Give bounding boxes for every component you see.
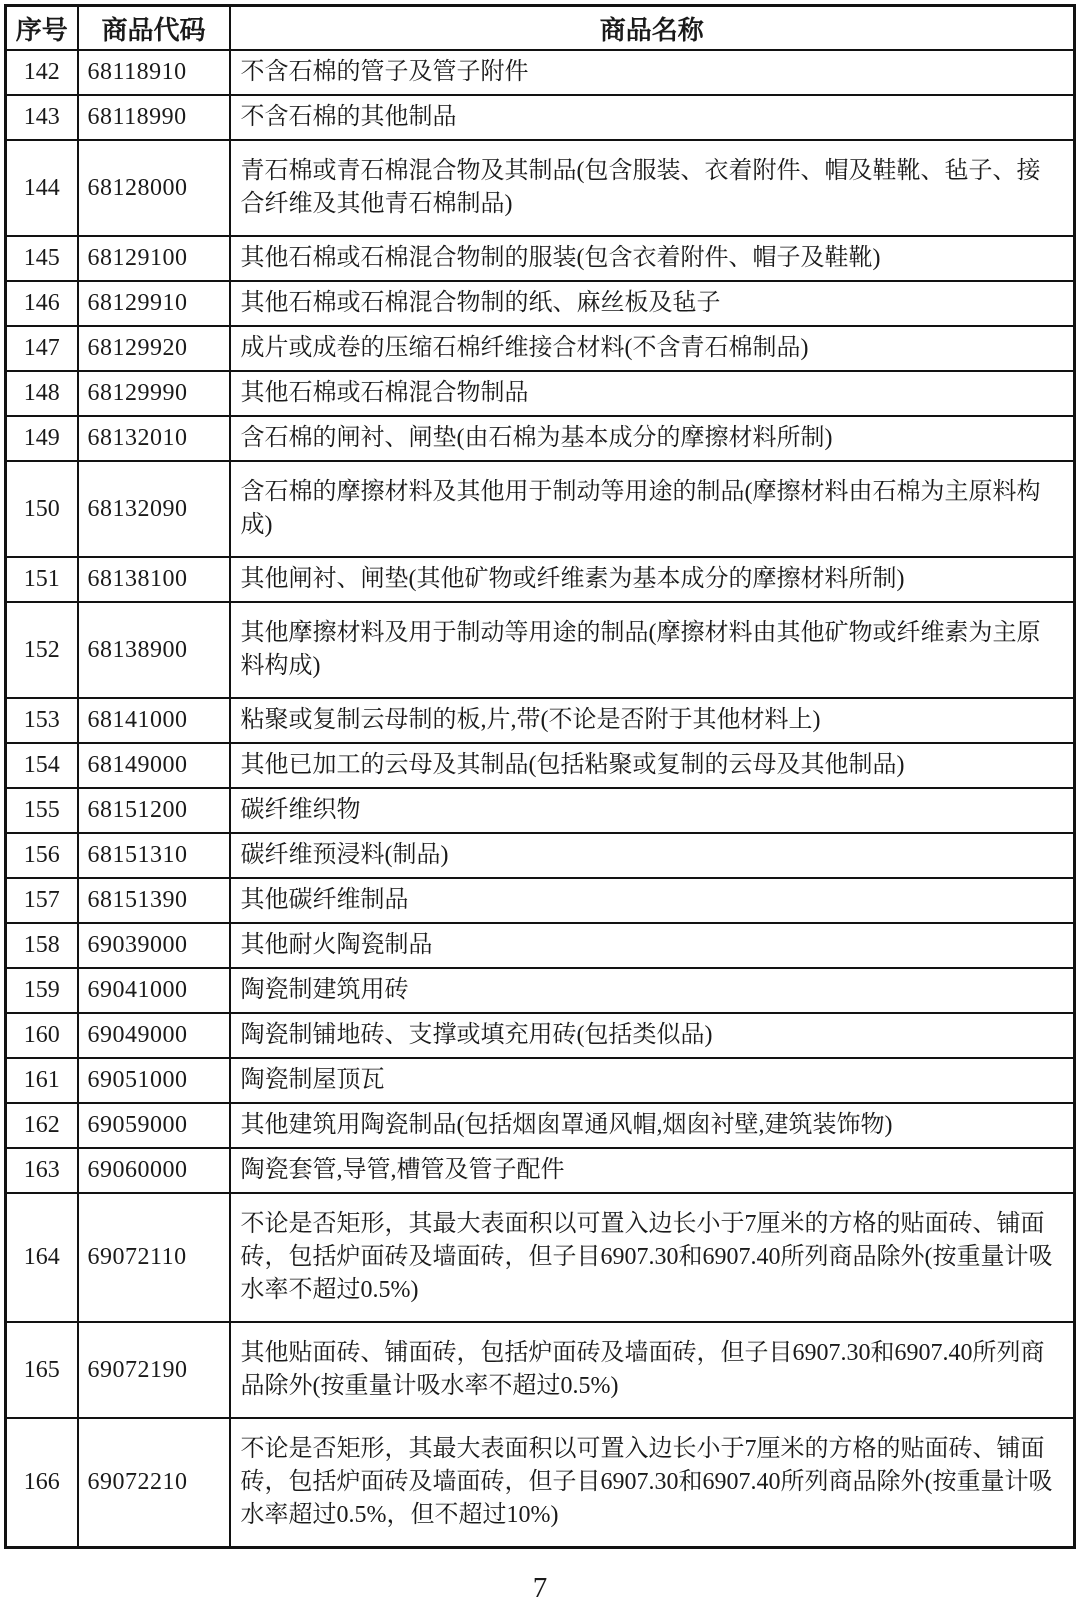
row-commodity-code: 68129910: [78, 281, 230, 326]
table-row: 143 68118990 不含石棉的其他制品: [6, 95, 1075, 140]
row-commodity-code: 68138900: [78, 602, 230, 698]
table-row: 148 68129990 其他石棉或石棉混合物制品: [6, 371, 1075, 416]
row-serial-number: 142: [6, 50, 78, 95]
row-commodity-code: 69049000: [78, 1013, 230, 1058]
row-serial-number: 166: [6, 1418, 78, 1548]
row-commodity-code: 68151200: [78, 788, 230, 833]
col-header-commodity-name: 商品名称: [230, 6, 1075, 51]
table-row: 165 69072190 其他贴面砖、铺面砖，包括炉面砖及墙面砖，但子目6907…: [6, 1322, 1075, 1418]
row-commodity-name: 其他已加工的云母及其制品(包括粘聚或复制的云母及其他制品): [230, 743, 1075, 788]
col-header-serial-number: 序号: [6, 6, 78, 51]
row-commodity-code: 68151390: [78, 878, 230, 923]
row-serial-number: 145: [6, 236, 78, 281]
table-body: 142 68118910 不含石棉的管子及管子附件 143 68118990 不…: [6, 50, 1075, 1548]
page-number: 7: [0, 1572, 1080, 1605]
table-row: 159 69041000 陶瓷制建筑用砖: [6, 968, 1075, 1013]
row-commodity-name: 陶瓷制铺地砖、支撑或填充用砖(包括类似品): [230, 1013, 1075, 1058]
col-header-commodity-code: 商品代码: [78, 6, 230, 51]
row-serial-number: 152: [6, 602, 78, 698]
row-serial-number: 158: [6, 923, 78, 968]
row-commodity-code: 68151310: [78, 833, 230, 878]
row-commodity-code: 68118910: [78, 50, 230, 95]
row-serial-number: 153: [6, 698, 78, 743]
row-commodity-name: 青石棉或青石棉混合物及其制品(包含服装、衣着附件、帽及鞋靴、毡子、接合纤维及其他…: [230, 140, 1075, 236]
table-row: 149 68132010 含石棉的闸衬、闸垫(由石棉为基本成分的摩擦材料所制): [6, 416, 1075, 461]
row-commodity-name: 不含石棉的管子及管子附件: [230, 50, 1075, 95]
row-serial-number: 162: [6, 1103, 78, 1148]
row-commodity-name: 其他石棉或石棉混合物制的服装(包含衣着附件、帽子及鞋靴): [230, 236, 1075, 281]
row-commodity-name: 其他石棉或石棉混合物制品: [230, 371, 1075, 416]
table-row: 163 69060000 陶瓷套管,导管,槽管及管子配件: [6, 1148, 1075, 1193]
row-commodity-name: 其他闸衬、闸垫(其他矿物或纤维素为基本成分的摩擦材料所制): [230, 557, 1075, 602]
row-commodity-name: 碳纤维预浸料(制品): [230, 833, 1075, 878]
row-commodity-name: 含石棉的闸衬、闸垫(由石棉为基本成分的摩擦材料所制): [230, 416, 1075, 461]
table-row: 152 68138900 其他摩擦材料及用于制动等用途的制品(摩擦材料由其他矿物…: [6, 602, 1075, 698]
row-serial-number: 151: [6, 557, 78, 602]
row-serial-number: 164: [6, 1193, 78, 1322]
table-row: 142 68118910 不含石棉的管子及管子附件: [6, 50, 1075, 95]
row-commodity-name: 成片或成卷的压缩石棉纤维接合材料(不含青石棉制品): [230, 326, 1075, 371]
row-commodity-code: 69072190: [78, 1322, 230, 1418]
row-serial-number: 150: [6, 461, 78, 557]
row-commodity-name: 陶瓷套管,导管,槽管及管子配件: [230, 1148, 1075, 1193]
row-commodity-name: 粘聚或复制云母制的板,片,带(不论是否附于其他材料上): [230, 698, 1075, 743]
row-serial-number: 157: [6, 878, 78, 923]
table-row: 161 69051000 陶瓷制屋顶瓦: [6, 1058, 1075, 1103]
row-commodity-name: 其他碳纤维制品: [230, 878, 1075, 923]
row-commodity-name: 碳纤维织物: [230, 788, 1075, 833]
row-commodity-name: 其他建筑用陶瓷制品(包括烟囱罩通风帽,烟囱衬壁,建筑装饰物): [230, 1103, 1075, 1148]
table-row: 146 68129910 其他石棉或石棉混合物制的纸、麻丝板及毡子: [6, 281, 1075, 326]
row-serial-number: 149: [6, 416, 78, 461]
row-commodity-code: 68149000: [78, 743, 230, 788]
row-commodity-name: 陶瓷制屋顶瓦: [230, 1058, 1075, 1103]
table-row: 166 69072210 不论是否矩形，其最大表面积以可置入边长小于7厘米的方格…: [6, 1418, 1075, 1548]
row-commodity-name: 陶瓷制建筑用砖: [230, 968, 1075, 1013]
row-serial-number: 163: [6, 1148, 78, 1193]
row-commodity-name: 不论是否矩形，其最大表面积以可置入边长小于7厘米的方格的贴面砖、铺面砖，包括炉面…: [230, 1418, 1075, 1548]
row-serial-number: 161: [6, 1058, 78, 1103]
header-row: 序号 商品代码 商品名称: [6, 6, 1075, 51]
row-commodity-code: 68118990: [78, 95, 230, 140]
row-serial-number: 160: [6, 1013, 78, 1058]
row-commodity-name: 其他摩擦材料及用于制动等用途的制品(摩擦材料由其他矿物或纤维素为主原料构成): [230, 602, 1075, 698]
row-serial-number: 156: [6, 833, 78, 878]
row-serial-number: 155: [6, 788, 78, 833]
row-serial-number: 165: [6, 1322, 78, 1418]
row-serial-number: 148: [6, 371, 78, 416]
table-row: 153 68141000 粘聚或复制云母制的板,片,带(不论是否附于其他材料上): [6, 698, 1075, 743]
table-row: 164 69072110 不论是否矩形，其最大表面积以可置入边长小于7厘米的方格…: [6, 1193, 1075, 1322]
commodity-table: 序号 商品代码 商品名称 142 68118910 不含石棉的管子及管子附件 1…: [4, 4, 1076, 1549]
row-commodity-code: 68129920: [78, 326, 230, 371]
table-row: 160 69049000 陶瓷制铺地砖、支撑或填充用砖(包括类似品): [6, 1013, 1075, 1058]
document-page: 序号 商品代码 商品名称 142 68118910 不含石棉的管子及管子附件 1…: [0, 0, 1080, 1623]
row-commodity-name: 其他石棉或石棉混合物制的纸、麻丝板及毡子: [230, 281, 1075, 326]
table-row: 147 68129920 成片或成卷的压缩石棉纤维接合材料(不含青石棉制品): [6, 326, 1075, 371]
table-row: 157 68151390 其他碳纤维制品: [6, 878, 1075, 923]
row-commodity-code: 69041000: [78, 968, 230, 1013]
row-commodity-code: 68128000: [78, 140, 230, 236]
table-row: 144 68128000 青石棉或青石棉混合物及其制品(包含服装、衣着附件、帽及…: [6, 140, 1075, 236]
row-serial-number: 154: [6, 743, 78, 788]
row-commodity-code: 68132090: [78, 461, 230, 557]
row-commodity-name: 其他耐火陶瓷制品: [230, 923, 1075, 968]
row-serial-number: 144: [6, 140, 78, 236]
row-commodity-code: 69072210: [78, 1418, 230, 1548]
row-commodity-code: 68138100: [78, 557, 230, 602]
table-row: 162 69059000 其他建筑用陶瓷制品(包括烟囱罩通风帽,烟囱衬壁,建筑装…: [6, 1103, 1075, 1148]
table-row: 154 68149000 其他已加工的云母及其制品(包括粘聚或复制的云母及其他制…: [6, 743, 1075, 788]
row-serial-number: 143: [6, 95, 78, 140]
row-commodity-name: 含石棉的摩擦材料及其他用于制动等用途的制品(摩擦材料由石棉为主原料构成): [230, 461, 1075, 557]
row-commodity-code: 68129100: [78, 236, 230, 281]
row-commodity-code: 68129990: [78, 371, 230, 416]
table-row: 155 68151200 碳纤维织物: [6, 788, 1075, 833]
row-commodity-code: 69072110: [78, 1193, 230, 1322]
table-row: 150 68132090 含石棉的摩擦材料及其他用于制动等用途的制品(摩擦材料由…: [6, 461, 1075, 557]
row-commodity-code: 68132010: [78, 416, 230, 461]
row-commodity-code: 69060000: [78, 1148, 230, 1193]
row-commodity-code: 69039000: [78, 923, 230, 968]
row-commodity-code: 68141000: [78, 698, 230, 743]
row-commodity-name: 不含石棉的其他制品: [230, 95, 1075, 140]
row-serial-number: 159: [6, 968, 78, 1013]
row-commodity-name: 其他贴面砖、铺面砖，包括炉面砖及墙面砖，但子目6907.30和6907.40所列…: [230, 1322, 1075, 1418]
row-commodity-code: 69051000: [78, 1058, 230, 1103]
row-serial-number: 146: [6, 281, 78, 326]
row-commodity-name: 不论是否矩形，其最大表面积以可置入边长小于7厘米的方格的贴面砖、铺面砖，包括炉面…: [230, 1193, 1075, 1322]
table-row: 145 68129100 其他石棉或石棉混合物制的服装(包含衣着附件、帽子及鞋靴…: [6, 236, 1075, 281]
table-row: 151 68138100 其他闸衬、闸垫(其他矿物或纤维素为基本成分的摩擦材料所…: [6, 557, 1075, 602]
row-serial-number: 147: [6, 326, 78, 371]
table-row: 156 68151310 碳纤维预浸料(制品): [6, 833, 1075, 878]
table-row: 158 69039000 其他耐火陶瓷制品: [6, 923, 1075, 968]
row-commodity-code: 69059000: [78, 1103, 230, 1148]
